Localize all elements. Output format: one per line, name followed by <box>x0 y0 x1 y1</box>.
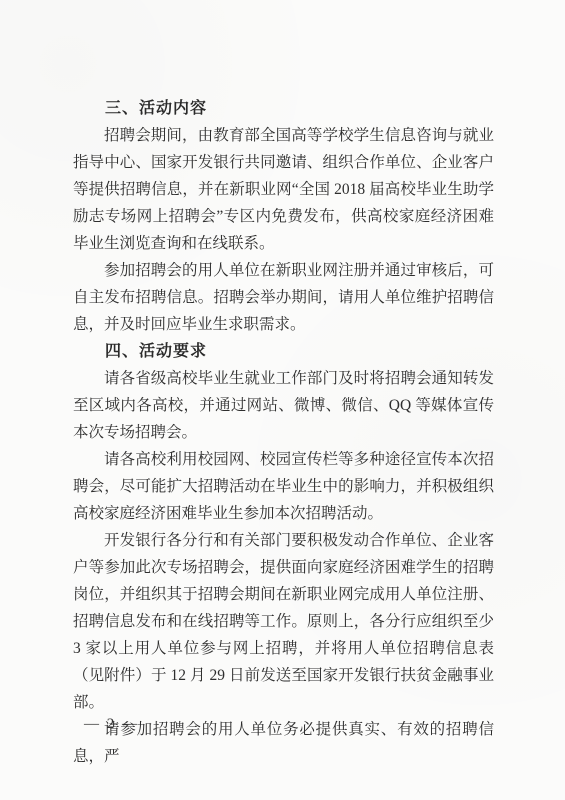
paragraph-employer-registration: 参加招聘会的用人单位在新职业网注册并通过审核后，可自主发布招聘信息。招聘会举办期… <box>73 257 494 338</box>
document-page: 三、活动内容 招聘会期间，由教育部全国高等学校学生信息咨询与就业指导中心、国家开… <box>0 0 565 800</box>
paragraph-recruitment-info-publishing: 招聘会期间，由教育部全国高等学校学生信息咨询与就业指导中心、国家开发银行共同邀请… <box>73 122 494 257</box>
page-number: — 2 — <box>84 716 139 733</box>
paragraph-cdb-branches-requirements: 开发银行各分行和有关部门要积极发动合作单位、企业客户等参加此次专场招聘会，提供面… <box>73 527 494 716</box>
section-heading-activity-content: 三、活动内容 <box>73 95 494 122</box>
document-body: 三、活动内容 招聘会期间，由教育部全国高等学校学生信息咨询与就业指导中心、国家开… <box>73 95 494 770</box>
paragraph-university-promotion: 请各高校利用校园网、校园宣传栏等多种途径宣传本次招聘会，尽可能扩大招聘活动在毕业… <box>73 446 494 527</box>
paragraph-provincial-departments-notice: 请各省级高校毕业生就业工作部门及时将招聘会通知转发至区域内各高校，并通过网站、微… <box>73 365 494 446</box>
section-heading-activity-requirements: 四、活动要求 <box>73 338 494 365</box>
